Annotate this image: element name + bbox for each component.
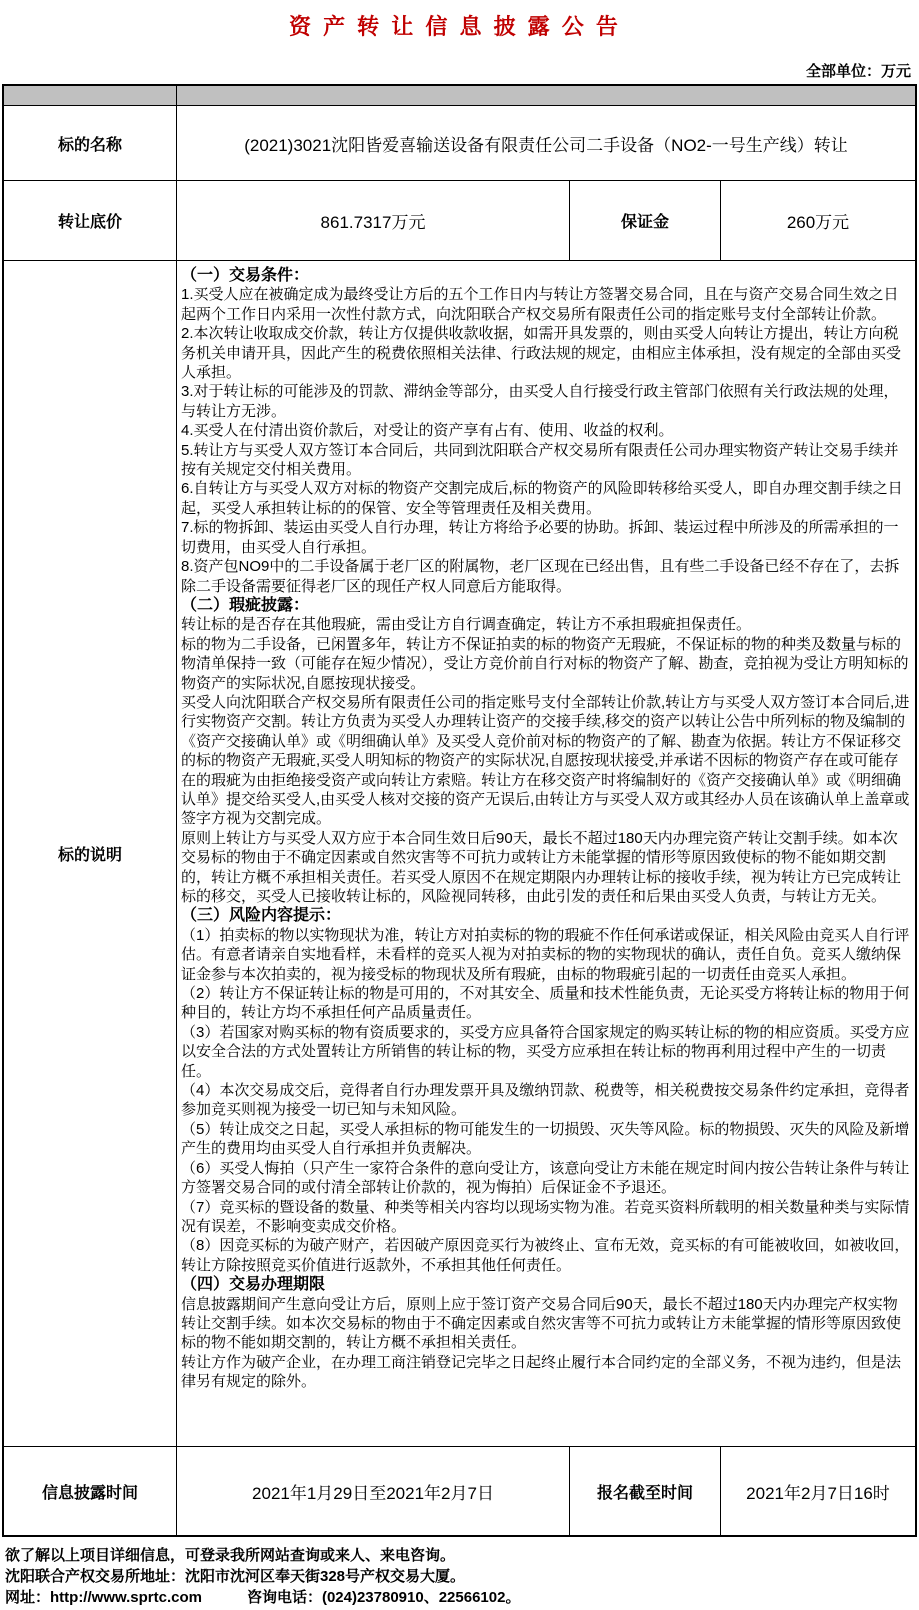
base-price-label: 转让底价	[4, 181, 177, 261]
section-heading: （三）风险内容提示：	[181, 906, 911, 925]
subject-name-value: (2021)3021沈阳皆爱喜输送设备有限责任公司二手设备（NO2-一号生产线）…	[177, 106, 915, 181]
footer-line: 沈阳联合产权交易所地址：沈阳市沈河区奉天街328号产权交易大厦。	[5, 1566, 914, 1587]
section-paragraph: （2）转让方不保证转让标的物是可用的，不对其安全、质量和技术性能负责，无论买受方…	[181, 984, 911, 1023]
section-paragraph: （1）拍卖标的物以实物现状为准，转让方对拍卖标的物的瑕疵不作任何承诺或保证，相关…	[181, 926, 911, 984]
section-paragraph: 信息披露期间产生意向受让方后，原则上应于签订资产交易合同后90天，最长不超过18…	[181, 1295, 911, 1353]
section-paragraph: 8.资产包NO9中的二手设备属于老厂区的附属物，老厂区现在已经出售，且有些二手设…	[181, 557, 911, 596]
section-paragraph: （3）若国家对购买标的物有资质要求的，买受方应具备符合国家规定的购买转让标的物的…	[181, 1023, 911, 1081]
deadline-label: 报名截至时间	[570, 1447, 721, 1535]
description-paragraphs: （一）交易条件：1.买受人应在被确定成为最终受让方后的五个工作日内与转让方签署交…	[177, 261, 915, 1447]
section-paragraph: （6）买受人悔拍（只产生一家符合条件的意向受让方，该意向受让方未能在规定时间内按…	[181, 1159, 911, 1198]
section-paragraph: 买受人向沈阳联合产权交易所有限责任公司的指定账号支付全部转让价款,转让方与买受人…	[181, 693, 911, 829]
section-paragraph: 转让标的是否存在其他瑕疵，需由受让方自行调查确定，转让方不承担瑕疵担保责任。	[181, 615, 911, 634]
section-paragraph: 2.本次转让收取成交价款，转让方仅提供收款收据，如需开具发票的，则由买受人向转让…	[181, 324, 911, 382]
page-title: 资产转让信息披露公告	[0, 0, 919, 41]
unit-note: 全部单位：万元	[806, 60, 911, 81]
section-paragraph: 5.转让方与买受人双方签订本合同后，共同到沈阳联合产权交易所有限责任公司办理实物…	[181, 441, 911, 480]
section-paragraph: 6.自转让方与买受人双方对标的物资产交割完成后,标的物资产的风险即转移给买受人，…	[181, 479, 911, 518]
disclosure-table: 标的名称 (2021)3021沈阳皆爱喜输送设备有限责任公司二手设备（NO2-一…	[2, 84, 917, 1537]
section-paragraph: （4）本次交易成交后，竞得者自行办理发票开具及缴纳罚款、税费等，相关税费按交易条…	[181, 1081, 911, 1120]
deadline-value: 2021年2月7日16时	[721, 1447, 915, 1535]
deposit-label: 保证金	[570, 181, 721, 261]
header-band-right	[177, 86, 915, 106]
section-paragraph: 转让方作为破产企业，在办理工商注销登记完毕之日起终止履行本合同约定的全部义务，不…	[181, 1353, 911, 1392]
section-paragraph: （5）转让成交之日起，买受人承担标的物可能发生的一切损毁、灭失等风险。标的物损毁…	[181, 1120, 911, 1159]
description-label: 标的说明	[4, 261, 177, 1447]
section-paragraph: 标的物为二手设备，已闲置多年，转让方不保证拍卖的标的物资产无瑕疵，不保证标的物的…	[181, 635, 911, 693]
section-heading: （二）瑕疵披露：	[181, 596, 911, 615]
disclosure-time-value: 2021年1月29日至2021年2月7日	[177, 1447, 570, 1535]
section-paragraph: 7.标的物拆卸、装运由买受人自行办理，转让方将给予必要的协助。拆卸、装运过程中所…	[181, 518, 911, 557]
section-paragraph: （8）因竞买标的为破产财产，若因破产原因竞买行为被终止、宣布无效，竞买标的有可能…	[181, 1236, 911, 1275]
disclosure-time-label: 信息披露时间	[4, 1447, 177, 1535]
footer-line: 欲了解以上项目详细信息，可登录我所网站查询或来人、来电咨询。	[5, 1545, 914, 1566]
base-price-value: 861.7317万元	[177, 181, 570, 261]
section-paragraph: 3.对于转让标的可能涉及的罚款、滞纳金等部分，由买受人自行接受行政主管部门依照有…	[181, 382, 911, 421]
section-paragraph: 1.买受人应在被确定成为最终受让方后的五个工作日内与转让方签署交易合同，且在与资…	[181, 285, 911, 324]
section-paragraph: 原则上转让方与买受人双方应于本合同生效日后90天，最长不超过180天内办理完资产…	[181, 829, 911, 907]
footer-line: 网址：http://www.sprtc.com 咨询电话：(024)237809…	[5, 1587, 914, 1608]
deposit-value: 260万元	[721, 181, 915, 261]
header-band-left	[4, 86, 177, 106]
section-heading: （一）交易条件：	[181, 266, 911, 285]
section-heading: （四）交易办理期限	[181, 1275, 911, 1294]
subject-name-label: 标的名称	[4, 106, 177, 181]
page-footer: 欲了解以上项目详细信息，可登录我所网站查询或来人、来电咨询。沈阳联合产权交易所地…	[5, 1545, 914, 1608]
section-paragraph: （7）竞买标的暨设备的数量、种类等相关内容均以现场实物为准。若竞买资料所载明的相…	[181, 1198, 911, 1237]
section-paragraph: 4.买受人在付清出资价款后，对受让的资产享有占有、使用、收益的权利。	[181, 421, 911, 440]
